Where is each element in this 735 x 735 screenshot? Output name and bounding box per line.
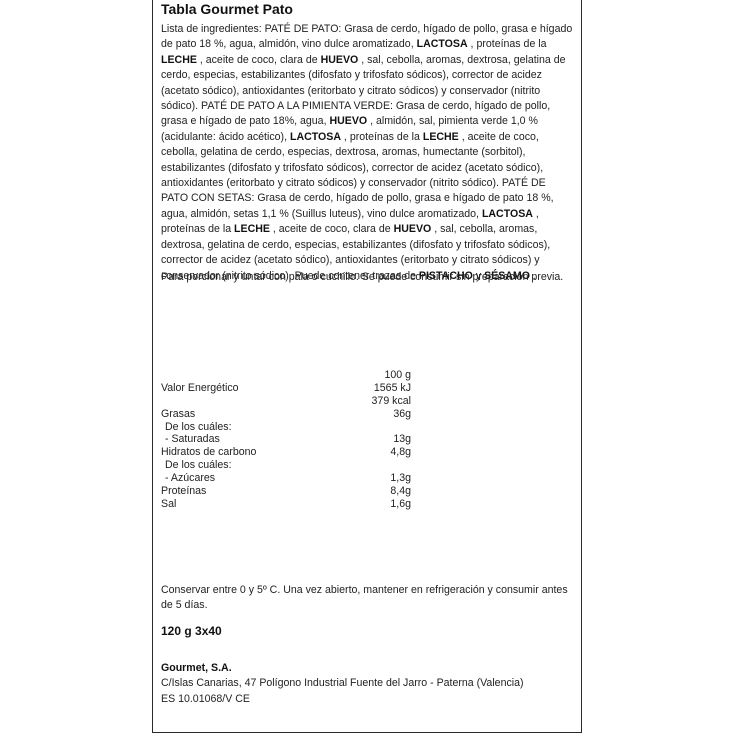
nutrient-value: 1,3g [390, 472, 411, 485]
allergen: LECHE [423, 131, 459, 143]
nutrient-label: Sal [161, 498, 176, 511]
nutrient-value: 1,6g [390, 498, 411, 511]
nutrition-row: Proteínas8,4g [161, 485, 461, 498]
allergen: HUEVO [321, 54, 359, 66]
allergen: LECHE [234, 223, 270, 235]
nutrition-row: - Azúcares1,3g [161, 472, 461, 485]
nutrition-row: Grasas36g [161, 408, 461, 421]
nutrient-label: Grasas [161, 408, 195, 421]
allergen: LACTOSA [290, 131, 341, 143]
allergen: HUEVO [394, 223, 432, 235]
product-title: Tabla Gourmet Pato [161, 1, 293, 17]
allergen: LECHE [161, 54, 197, 66]
nutrient-value: 36g [393, 408, 411, 421]
nutrient-label: Proteínas [161, 485, 206, 498]
allergen: LACTOSA [482, 208, 533, 220]
ingredient-text: , aceite de coco, clara de [270, 223, 394, 235]
nutrient-value: 13g [393, 433, 411, 446]
nutrition-row: De los cuáles: [161, 421, 461, 434]
nutrient-value: 1565 kJ [374, 382, 411, 395]
ingredient-text: , aceite de coco, cebolla, gelatina de c… [161, 131, 554, 220]
nutrition-row: 379 kcal [161, 395, 461, 408]
manufacturer-registry: ES 10.01068/V CE [161, 692, 524, 707]
nutrition-row: Sal1,6g [161, 498, 461, 511]
nutrition-row: Valor Energético1565 kJ [161, 382, 461, 395]
allergen: HUEVO [329, 115, 367, 127]
nutrient-label: - Azúcares [165, 472, 215, 485]
nutrition-header-row: 100 g [161, 369, 461, 382]
manufacturer-name: Gourmet, S.A. [161, 661, 524, 676]
manufacturer-info: Gourmet, S.A. C/Islas Canarias, 47 Políg… [161, 661, 524, 707]
net-weight: 120 g 3x40 [161, 624, 222, 638]
ingredient-text: , aceite de coco, clara de [197, 54, 321, 66]
usage-instructions: Para porcionar y untar con pala o cuchil… [161, 270, 575, 285]
nutrition-row: De los cuáles: [161, 459, 461, 472]
nutrition-header: 100 g [384, 369, 411, 382]
ingredient-text: , proteínas de la [468, 38, 547, 50]
manufacturer-address: C/Islas Canarias, 47 Polígono Industrial… [161, 676, 524, 691]
storage-instructions: Conservar entre 0 y 5º C. Una vez abiert… [161, 583, 575, 614]
nutrient-label: De los cuáles: [165, 421, 232, 434]
nutrition-row: Hidratos de carbono4,8g [161, 446, 461, 459]
nutrient-label: De los cuáles: [165, 459, 232, 472]
product-info-sheet: Tabla Gourmet Pato Lista de ingredientes… [152, 0, 582, 733]
ingredients-list: Lista de ingredientes: PATÉ DE PATO: Gra… [161, 22, 575, 284]
allergen: LACTOSA [417, 38, 468, 50]
nutrient-value: 4,8g [390, 446, 411, 459]
nutrition-table: 100 g Valor Energético1565 kJ379 kcalGra… [161, 369, 461, 511]
nutrient-value: 8,4g [390, 485, 411, 498]
nutrient-label: - Saturadas [165, 433, 220, 446]
nutrition-row: - Saturadas13g [161, 433, 461, 446]
nutrient-label: Hidratos de carbono [161, 446, 256, 459]
nutrient-value: 379 kcal [372, 395, 411, 408]
nutrient-label: Valor Energético [161, 382, 239, 395]
ingredient-text: , proteínas de la [341, 131, 423, 143]
